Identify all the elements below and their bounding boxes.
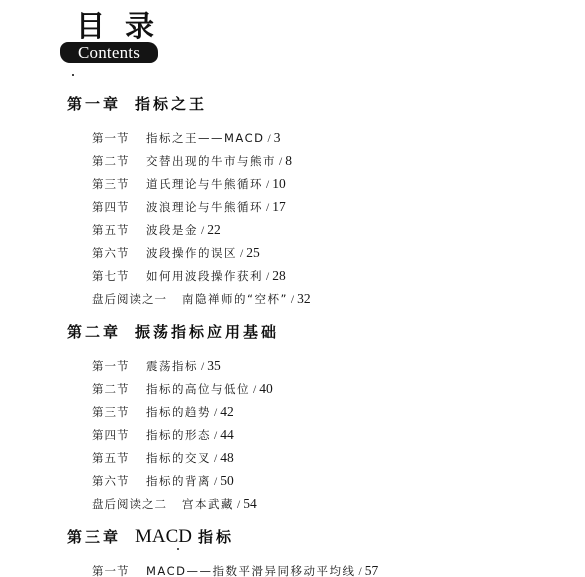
toc-entry[interactable]: 第七节如何用波段操作获利/28 [92, 268, 286, 285]
page-separator: / [201, 225, 204, 237]
toc-entry[interactable]: 第四节指标的形态/44 [92, 427, 234, 444]
page-number: 3 [274, 130, 281, 145]
section-label: 第一节 [92, 564, 146, 577]
toc-entry[interactable]: 第一节指标之王——MACD/3 [92, 130, 280, 147]
section-label: 第三节 [92, 177, 146, 192]
section-label: 第七节 [92, 269, 146, 284]
toc-entry[interactable]: 第一节MACD——指数平滑异同移动平均线/57 [92, 563, 378, 577]
chapter-3-heading: 第三章MACD指标 [67, 528, 234, 546]
section-label: 第四节 [92, 200, 146, 215]
section-label: 第六节 [92, 474, 146, 489]
toc-page: 目录 Contents 第一章指标之王 第一节指标之王——MACD/3 第二节交… [0, 0, 585, 577]
page-separator: / [267, 133, 270, 145]
section-title: 宫本武藏 [182, 497, 234, 511]
chapter-label: 第三章 [67, 528, 135, 546]
page-separator: / [266, 202, 269, 214]
page-title: 目录 [76, 10, 174, 42]
chapter-title: MACD指标 [135, 528, 234, 546]
toc-entry[interactable]: 第二节交替出现的牛市与熊市/8 [92, 153, 292, 170]
page-separator: / [201, 361, 204, 373]
page-separator: / [214, 476, 217, 488]
page-separator: / [358, 566, 361, 577]
page-number: 44 [220, 427, 234, 442]
section-label: 盘后阅读之二 [92, 497, 182, 512]
scan-speck [177, 548, 179, 550]
page-number: 50 [220, 473, 234, 488]
section-title: 指标之王——MACD [146, 131, 264, 145]
page-separator: / [214, 407, 217, 419]
page-number: 35 [207, 358, 221, 373]
toc-entry-reading[interactable]: 盘后阅读之二宫本武藏/54 [92, 496, 257, 513]
section-title: 指标的趋势 [146, 405, 211, 419]
page-separator: / [266, 271, 269, 283]
toc-entry[interactable]: 第六节波段操作的误区/25 [92, 245, 260, 262]
section-label: 第一节 [92, 131, 146, 146]
page-number: 54 [243, 496, 257, 511]
chapter-2-heading: 第二章振荡指标应用基础 [67, 323, 279, 341]
page-number: 32 [297, 291, 311, 306]
toc-entry[interactable]: 第五节波段是金/22 [92, 222, 221, 239]
section-label: 第三节 [92, 405, 146, 420]
section-label: 第五节 [92, 223, 146, 238]
section-title: 指标的形态 [146, 428, 211, 442]
page-number: 28 [272, 268, 286, 283]
section-title: 指标的背离 [146, 474, 211, 488]
page-separator: / [237, 499, 240, 511]
page-number: 10 [272, 176, 286, 191]
page-separator: / [291, 294, 294, 306]
section-title: 道氏理论与牛熊循环 [146, 177, 263, 191]
scan-speck [72, 74, 74, 76]
section-title: 交替出现的牛市与熊市 [146, 154, 276, 168]
page-number: 40 [259, 381, 273, 396]
section-label: 第二节 [92, 154, 146, 169]
chapter-title-cjk: 指标 [198, 528, 234, 546]
section-label: 第四节 [92, 428, 146, 443]
page-number: 25 [246, 245, 260, 260]
toc-entry[interactable]: 第三节道氏理论与牛熊循环/10 [92, 176, 286, 193]
section-title: 南隐禅师的“空杯” [182, 292, 288, 306]
toc-entry[interactable]: 第四节波浪理论与牛熊循环/17 [92, 199, 286, 216]
toc-entry[interactable]: 第一节震荡指标/35 [92, 358, 221, 375]
page-number: 17 [272, 199, 286, 214]
section-title: MACD——指数平滑异同移动平均线 [146, 564, 355, 577]
toc-entry[interactable]: 第三节指标的趋势/42 [92, 404, 234, 421]
section-label: 第六节 [92, 246, 146, 261]
section-label: 第一节 [92, 359, 146, 374]
page-number: 8 [285, 153, 292, 168]
section-label: 盘后阅读之一 [92, 292, 182, 307]
section-title: 波浪理论与牛熊循环 [146, 200, 263, 214]
toc-entry[interactable]: 第六节指标的背离/50 [92, 473, 234, 490]
chapter-title: 振荡指标应用基础 [135, 323, 279, 341]
section-title: 波段操作的误区 [146, 246, 237, 260]
page-number: 42 [220, 404, 234, 419]
chapter-title: 指标之王 [135, 95, 207, 113]
section-title: 波段是金 [146, 223, 198, 237]
section-title: 如何用波段操作获利 [146, 269, 263, 283]
chapter-title-latin: MACD [135, 526, 192, 547]
page-number: 48 [220, 450, 234, 465]
toc-entry-reading[interactable]: 盘后阅读之一南隐禅师的“空杯”/32 [92, 291, 311, 308]
page-separator: / [214, 453, 217, 465]
section-title: 指标的高位与低位 [146, 382, 250, 396]
section-label: 第二节 [92, 382, 146, 397]
section-title: 震荡指标 [146, 359, 198, 373]
page-number: 57 [365, 563, 379, 577]
chapter-label: 第一章 [67, 95, 135, 113]
page-separator: / [214, 430, 217, 442]
chapter-1-heading: 第一章指标之王 [67, 95, 207, 113]
chapter-label: 第二章 [67, 323, 135, 341]
section-label: 第五节 [92, 451, 146, 466]
page-separator: / [279, 156, 282, 168]
page-separator: / [240, 248, 243, 260]
page-separator: / [253, 384, 256, 396]
toc-entry[interactable]: 第二节指标的高位与低位/40 [92, 381, 273, 398]
page-number: 22 [207, 222, 221, 237]
contents-badge: Contents [60, 42, 158, 63]
section-title: 指标的交叉 [146, 451, 211, 465]
page-separator: / [266, 179, 269, 191]
toc-entry[interactable]: 第五节指标的交叉/48 [92, 450, 234, 467]
